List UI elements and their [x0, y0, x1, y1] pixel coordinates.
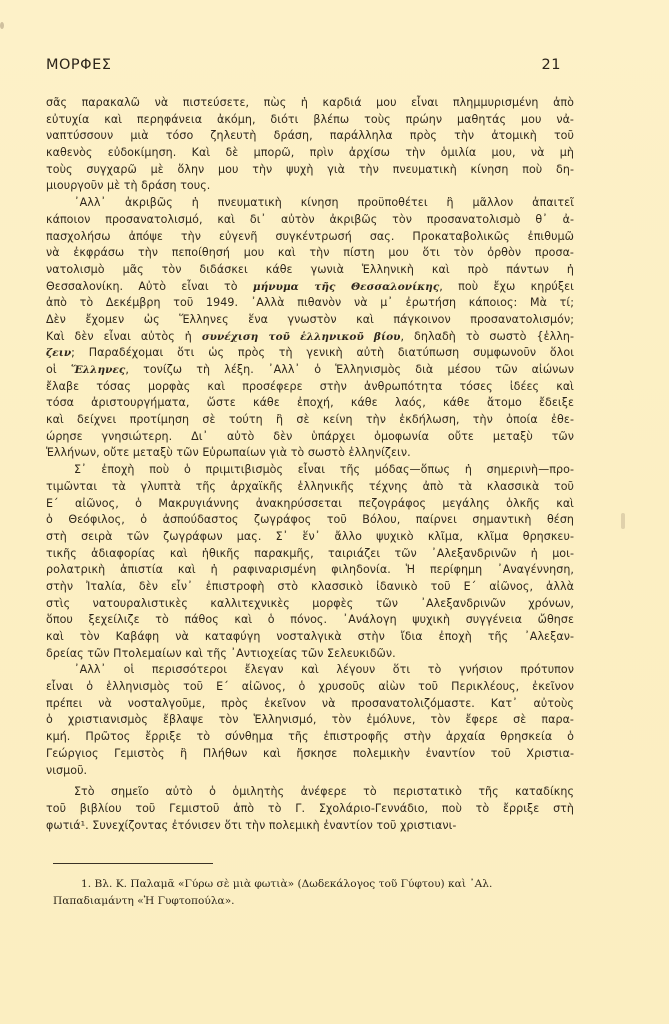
text-line: καθενὸς εὐδοκίμηση. Καὶ δὲ μπορῶ, πρὶν ἀ… [46, 145, 574, 162]
text-line: Θεσσαλονίκη. Αὐτὸ εἶναι τὸ μήνυμα τῆς Θε… [46, 279, 574, 296]
emphasis-text: συνέχιση τοῦ ἑλληνικοῦ βίου [202, 331, 401, 343]
text-line: νατολισμὸ μᾶς τὸν διδάσκει κάθε γωνιὰ Ἑλ… [46, 262, 574, 279]
text-line: ώρησε γνησιώτερη. Δι᾿ αὐτὸ δὲν ὑπάρχει ὁ… [46, 429, 574, 446]
running-title: ΜΟΡΦΕΣ [46, 57, 111, 73]
paragraph: Σ᾿ ἐποχὴ ποὺ ὁ πριμιτιβισμὸς εἶναι τῆς μ… [46, 462, 574, 662]
text-line: νισμοῦ. [46, 763, 574, 780]
text-line: πρέπει νὰ νοσταλγοῦμε, πρὸς ἐκεῖνον νὰ π… [46, 696, 574, 713]
text-line: δρείας τῶν Πτολεμαίων καὶ τῆς ᾿Αντιοχεία… [46, 646, 574, 663]
paragraph: σᾶς παρακαλῶ νὰ πιστεύσετε, πὼς ἡ καρδιά… [46, 95, 574, 195]
emphasis-text: ζειν [46, 347, 71, 359]
emphasis-text: μήνυμα τῆς Θεσσαλονίκης [253, 281, 439, 293]
text-line: ὁ Θεόφιλος, ὁ ἀσπούδαστος ζωγράφος τοῦ Β… [46, 512, 574, 529]
text-line: κάποιον προσανατολισμό, καὶ δι᾿ αὐτὸν ἀκ… [46, 212, 574, 229]
text-line: ᾿Αλλ᾿ ἀκριβῶς ἡ πνευματικὴ κίνηση προϋπο… [46, 195, 574, 212]
text-line: ναπτύσσουν μιὰ τόσο ζηλευτὴ δράση, παράλ… [46, 128, 574, 145]
text-line: τικῆς ἀδιαφορίας καὶ ἠθικῆς παρακμῆς, τα… [46, 546, 574, 563]
text-line: οἱ Ἕλληνες, τονίζω τὴ λέξη. ᾿Αλλ᾿ ὁ Ἑλλη… [46, 362, 574, 379]
text-line: ὅπου ξεχείλιζε τὸ πάθος καὶ ὁ πόνος. ᾿Αν… [46, 612, 574, 629]
text-line: κμή. Πρῶτος ἔρριξε τὸ σύνθημα τῆς ἐπιστρ… [46, 729, 574, 746]
text-line: τοὺς συγχαρῶ μὲ ὅλην μου τὴν ψυχὴ γιὰ τὴ… [46, 162, 574, 179]
document-page: ΜΟΡΦΕΣ 21 σᾶς παρακαλῶ νὰ πιστεύσετε, πὼ… [0, 0, 669, 1024]
emphasis-text: Ἕλληνες [71, 364, 126, 376]
page-smudge [621, 513, 625, 529]
text-line: στὴν Ἰταλία, δὲν εἶν᾿ ἐπιστροφὴ στὸ κλασ… [46, 579, 574, 596]
text-line: Δὲν ἔχομεν ὡς Ἕλληνες ἕνα γνωστὸν καὶ πά… [46, 312, 574, 329]
footnotes: 1. Βλ. Κ. Παλαμᾶ «Γύρω σὲ μιὰ φωτιὰ» (Δω… [53, 876, 575, 910]
text-line: Στὸ σημεῖο αὐτὸ ὁ ὁμιλητὴς ἀνέφερε τὸ πε… [46, 784, 574, 801]
footnote-separator [53, 863, 213, 864]
page-smudge [0, 22, 4, 29]
footnote-line: 1. Βλ. Κ. Παλαμᾶ «Γύρω σὲ μιὰ φωτιὰ» (Δω… [53, 876, 575, 893]
text-line: σᾶς παρακαλῶ νὰ πιστεύσετε, πὼς ἡ καρδιά… [46, 95, 574, 112]
text-line: καὶ δείχνει προτίμηση σὲ τούτη ἢ σὲ κείν… [46, 412, 574, 429]
page-header: ΜΟΡΦΕΣ 21 [46, 57, 561, 77]
paragraph: ᾿Αλλ᾿ ἀκριβῶς ἡ πνευματικὴ κίνηση προϋπο… [46, 195, 574, 462]
text-line: Καὶ δὲν εἶναι αὐτὸς ἡ συνέχιση τοῦ ἑλλην… [46, 329, 574, 346]
text-line: ἔλαβε τόσας μορφὰς καὶ προσέφερε στὴν ἀν… [46, 379, 574, 396]
text-line: εἶναι ὁ ἑλληνισμὸς τοῦ Ε΄ αἰῶνος, ὁ χρυσ… [46, 679, 574, 696]
paragraph: ᾿Αλλ᾿ οἱ περισσότεροι ἔλεγαν καὶ λέγουν … [46, 662, 574, 779]
text-line: φωτιά¹. Συνεχίζοντας ἐτόνισεν ὅτι τὴν πο… [46, 818, 574, 835]
text-line: Σ᾿ ἐποχὴ ποὺ ὁ πριμιτιβισμὸς εἶναι τῆς μ… [46, 462, 574, 479]
body-text: σᾶς παρακαλῶ νὰ πιστεύσετε, πὼς ἡ καρδιά… [46, 95, 574, 834]
text-line: Ε΄ αἰῶνος, ὁ Μακρυγιάννης ἀνακηρύσσεται … [46, 496, 574, 513]
text-line: εὐτυχία καὶ περηφάνεια ἀκόμη, διότι βλέπ… [46, 112, 574, 129]
text-line: ᾿Αλλ᾿ οἱ περισσότεροι ἔλεγαν καὶ λέγουν … [46, 662, 574, 679]
text-line: ἀπὸ τὸ Δεκέμβρη τοῦ 1949. ᾿Αλλὰ πιθανὸν … [46, 295, 574, 312]
text-line: ὁ χριστιανισμὸς ἔβλαψε τὸν Ἑλληνισμό, τὸ… [46, 712, 574, 729]
paragraph: Στὸ σημεῖο αὐτὸ ὁ ὁμιλητὴς ἀνέφερε τὸ πε… [46, 784, 574, 834]
text-line: ζειν; Παραδέχομαι ὅτι ὡς πρὸς τὴ γενικὴ … [46, 345, 574, 362]
text-line: στὴ σειρὰ τῶν ζωγράφων μας. Σ᾿ ἕν᾿ ἄλλο … [46, 529, 574, 546]
text-line: μιουργοῦν μὲ τὴ δράση τους. [46, 178, 574, 195]
text-line: τιμῶνται τὰ γλυπτὰ τῆς ἀρχαϊκῆς ἑλληνικῆ… [46, 479, 574, 496]
text-line: νὰ ἐκφράσω τὴν πεποίθησή μου καὶ τὴν πίσ… [46, 245, 574, 262]
text-line: τοῦ βιβλίου τοῦ Γεμιστοῦ ἀπὸ τὸ Γ. Σχολά… [46, 801, 574, 818]
text-line: πασχολήσω ἀπόψε τὴν εὐγενῆ συγκέντρωσή σ… [46, 229, 574, 246]
text-line: τόσα ἀριστουργήματα, ὥστε κάθε ἐποχή, κά… [46, 395, 574, 412]
text-line: καὶ τὸν Καβάφη νὰ καταφύγη νοσταλγικὰ στ… [46, 629, 574, 646]
page-number: 21 [542, 57, 561, 73]
footnote-line: Παπαδιαμάντη «Ἡ Γυφτοπούλα». [53, 893, 575, 910]
text-line: στὶς νατουραλιστικὲς καλλιτεχνικὲς μορφὲ… [46, 596, 574, 613]
text-line: ρολατρικὴ ἀπιστία καὶ ἡ ραφιναρισμένη φι… [46, 562, 574, 579]
text-line: Ἑλλήνων, οὔτε μεταξὺ τῶν Εὐρωπαίων γιὰ τ… [46, 445, 574, 462]
text-line: Γεώργιος Γεμιστὸς ἢ Πλήθων καὶ ἤσκησε πο… [46, 746, 574, 763]
